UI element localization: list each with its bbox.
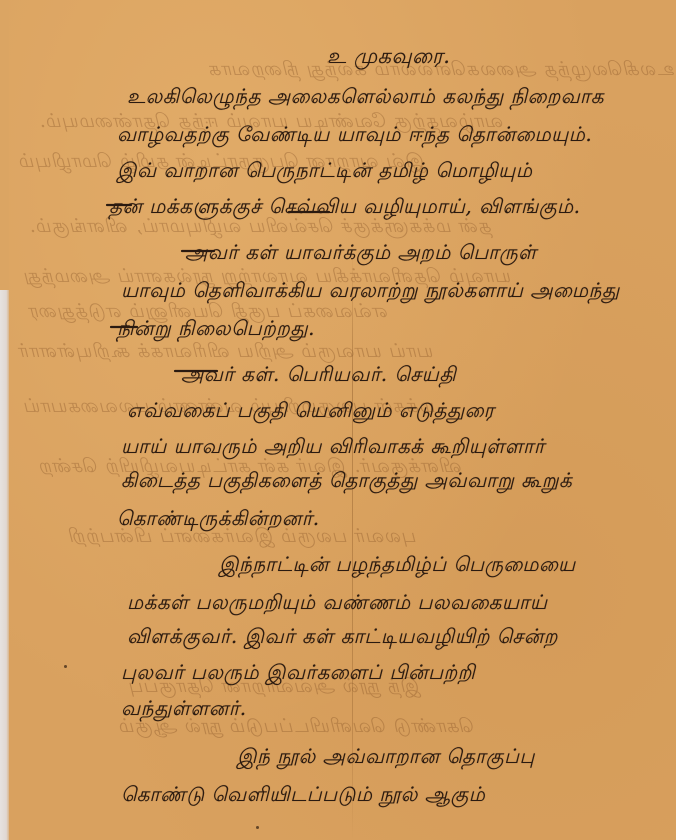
scan-edge	[0, 290, 9, 840]
ink-speck	[64, 665, 67, 668]
ink-speck	[256, 826, 259, 829]
ink-underlines	[9, 0, 676, 840]
manuscript-page: உலகிலெழுந்த அலைகளெல்லாம் கலந்து நிறைவாக …	[9, 0, 676, 840]
